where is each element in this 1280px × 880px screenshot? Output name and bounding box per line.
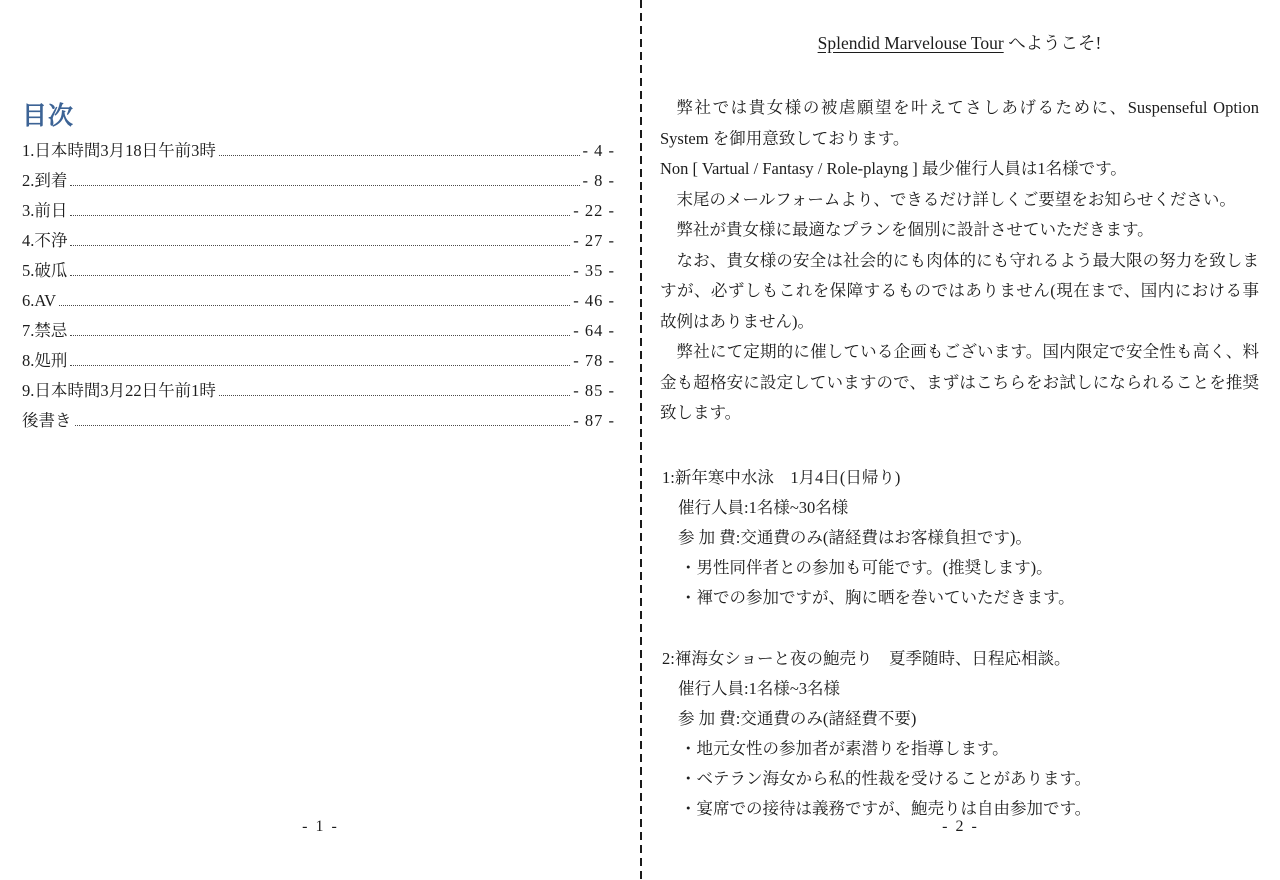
toc-heading: 目次 [22, 96, 74, 132]
toc-entry: 6.AV - 46 - [22, 284, 615, 314]
toc-dot-leader [70, 254, 570, 276]
toc-entry: 7.禁忌 - 64 - [22, 314, 615, 344]
page-number-right: - 2 - [641, 818, 1280, 836]
toc-entry-page: - 64 - [573, 316, 615, 346]
plan-bullet-line: ・男性同伴者との参加も可能です。(推奨します)。 [660, 553, 1259, 583]
plan-bullet-line: ・地元女性の参加者が素潜りを指導します。 [660, 734, 1259, 764]
plan-section-2: 2:褌海女ショーと夜の鮑売り 夏季随時、日程応相談。 催行人員:1名様~3名様 … [660, 644, 1259, 824]
page-body: Splendid Marvelouse Tour へようこそ! 弊社では貴女様の… [641, 0, 1280, 880]
page-number-left: - 1 - [0, 818, 641, 836]
toc-entry-title: 7.禁忌 [22, 316, 67, 346]
document-title-english: Splendid Marvelouse Tour [818, 33, 1004, 53]
toc-entry-page: - 22 - [573, 196, 615, 226]
toc-entry: 後書き - 87 - [22, 404, 615, 434]
toc-dot-leader [70, 224, 570, 246]
toc-entry-page: - 87 - [573, 406, 615, 436]
plan-section-1: 1:新年寒中水泳 1月4日(日帰り) 催行人員:1名様~30名様 参 加 費:交… [660, 463, 1259, 613]
intro-paragraphs: 弊社では貴女様の被虐願望を叶えてさしあげるために、Suspenseful Opt… [660, 93, 1259, 429]
toc-entry: 5.破瓜 - 35 - [22, 254, 615, 284]
toc-entry: 8.処刑 - 78 - [22, 344, 615, 374]
plan-detail-line: 参 加 費:交通費のみ(諸経費はお客様負担です)。 [660, 523, 1259, 553]
toc-entry: 2.到着 - 8 - [22, 164, 615, 194]
toc-dot-leader [219, 374, 570, 396]
toc-entry-title: 9.日本時間3月22日午前1時 [22, 376, 216, 406]
paragraph: 弊社にて定期的に催している企画もございます。国内限定で安全性も高く、料金も超格安… [660, 337, 1259, 429]
toc-dot-leader [70, 194, 570, 216]
toc-dot-leader [70, 344, 570, 366]
toc-entry-title: 4.不浄 [22, 226, 67, 256]
toc-entry-page: - 46 - [573, 286, 615, 316]
plan-detail-line: 催行人員:1名様~3名様 [660, 674, 1259, 704]
toc-entry-page: - 27 - [573, 226, 615, 256]
toc-entry-page: - 85 - [573, 376, 615, 406]
plan-heading: 2:褌海女ショーと夜の鮑売り 夏季随時、日程応相談。 [660, 644, 1259, 674]
document-title: Splendid Marvelouse Tour へようこそ! [660, 31, 1259, 55]
plan-bullet-line: ・褌での参加ですが、胸に晒を巻いていただきます。 [660, 583, 1259, 613]
toc-entry-page: - 4 - [583, 136, 616, 166]
toc-entry-title: 後書き [22, 406, 72, 436]
toc-entry-page: - 35 - [573, 256, 615, 286]
toc-list: 1.日本時間3月18日午前3時 - 4 - 2.到着 - 8 - 3.前日 - … [22, 134, 615, 434]
document-title-japanese: へようこそ! [1004, 33, 1102, 53]
paragraph: Non [ Vartual / Fantasy / Role-playng ] … [660, 154, 1259, 185]
paragraph: なお、貴女様の安全は社会的にも肉体的にも守れるよう最大限の努力を致しますが、必ず… [660, 246, 1259, 338]
toc-entry-title: 1.日本時間3月18日午前3時 [22, 136, 216, 166]
toc-dot-leader [70, 314, 570, 336]
toc-dot-leader [59, 284, 570, 306]
body-content: Splendid Marvelouse Tour へようこそ! 弊社では貴女様の… [660, 0, 1259, 824]
document-spread: 目次 1.日本時間3月18日午前3時 - 4 - 2.到着 - 8 - 3.前日… [0, 0, 1280, 880]
toc-entry-title: 5.破瓜 [22, 256, 67, 286]
toc-entry: 9.日本時間3月22日午前1時 - 85 - [22, 374, 615, 404]
paragraph: 末尾のメールフォームより、できるだけ詳しくご要望をお知らせください。 [660, 185, 1259, 216]
toc-entry: 1.日本時間3月18日午前3時 - 4 - [22, 134, 615, 164]
toc-entry-page: - 8 - [583, 166, 616, 196]
plan-bullet-line: ・ベテラン海女から私的性裁を受けることがあります。 [660, 764, 1259, 794]
toc-dot-leader [75, 404, 571, 426]
plan-detail-line: 参 加 費:交通費のみ(諸経費不要) [660, 704, 1259, 734]
toc-entry-page: - 78 - [573, 346, 615, 376]
toc-entry-title: 8.処刑 [22, 346, 67, 376]
plan-heading: 1:新年寒中水泳 1月4日(日帰り) [660, 463, 1259, 493]
toc-entry-title: 6.AV [22, 286, 56, 316]
page-toc: 目次 1.日本時間3月18日午前3時 - 4 - 2.到着 - 8 - 3.前日… [0, 0, 641, 880]
toc-entry: 3.前日 - 22 - [22, 194, 615, 224]
toc-entry-title: 2.到着 [22, 166, 67, 196]
toc-entry: 4.不浄 - 27 - [22, 224, 615, 254]
plan-detail-line: 催行人員:1名様~30名様 [660, 493, 1259, 523]
toc-dot-leader [219, 134, 580, 156]
toc-entry-title: 3.前日 [22, 196, 67, 226]
paragraph: 弊社が貴女様に最適なプランを個別に設計させていただきます。 [660, 215, 1259, 246]
toc-dot-leader [70, 164, 579, 186]
paragraph: 弊社では貴女様の被虐願望を叶えてさしあげるために、Suspenseful Opt… [660, 93, 1259, 154]
